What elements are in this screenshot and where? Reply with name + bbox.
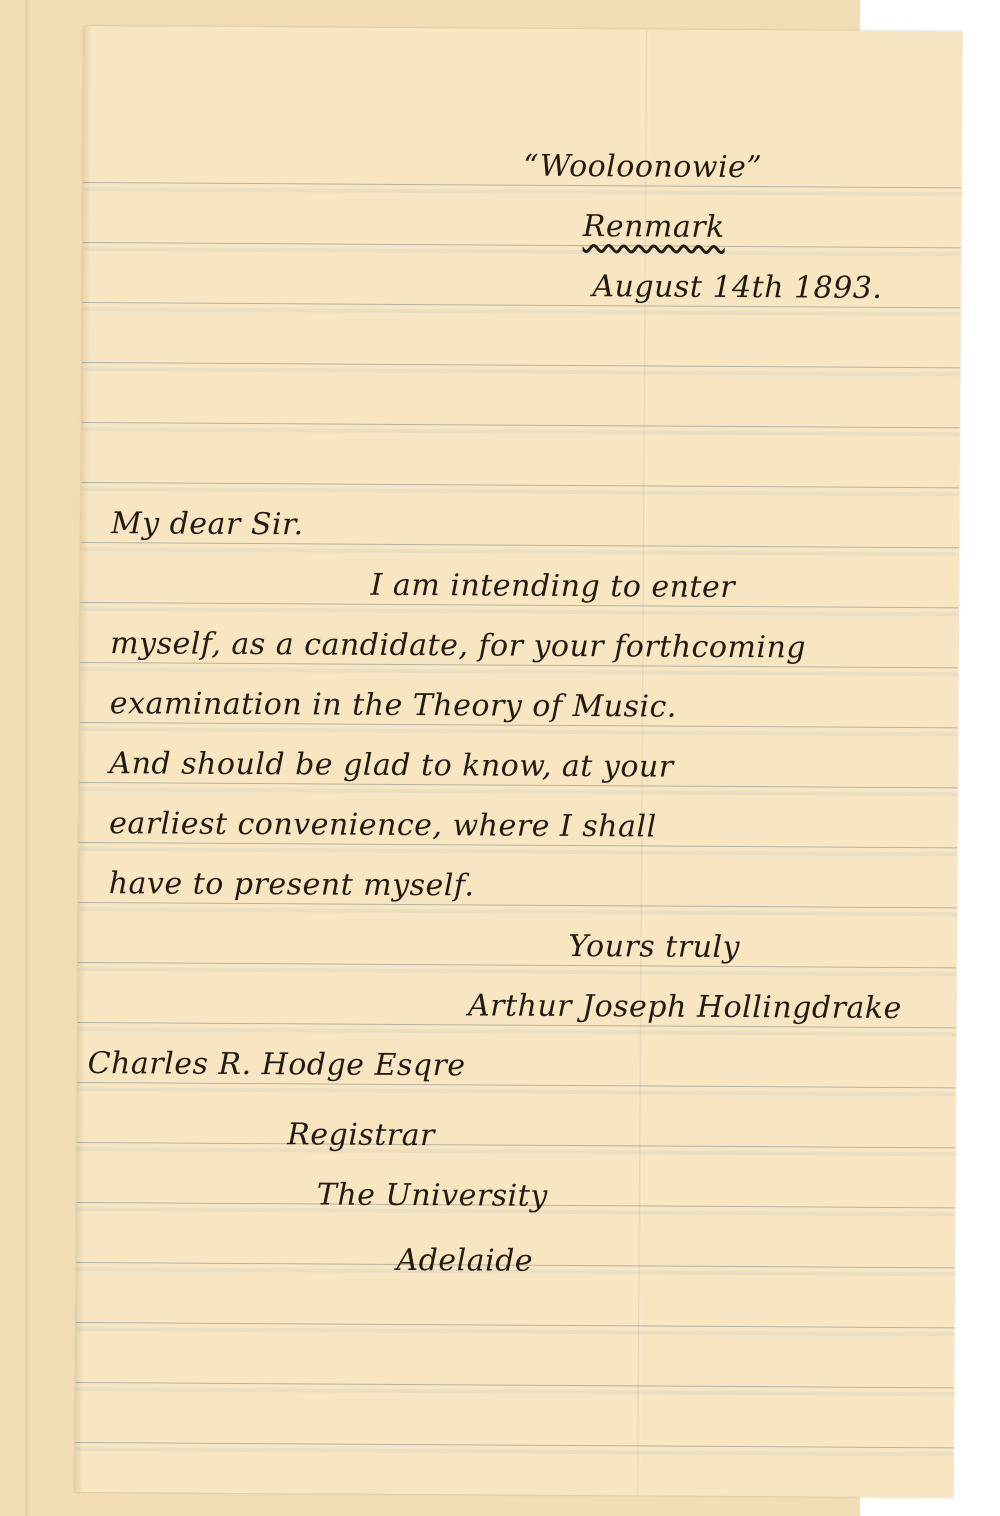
addressee-city: Adelaide bbox=[396, 1243, 533, 1279]
ruled-line bbox=[76, 1382, 954, 1388]
letter-date: August 14th 1893. bbox=[592, 269, 882, 306]
addressee-institution: The University bbox=[317, 1177, 548, 1213]
ruled-line bbox=[77, 1142, 955, 1148]
signature: Arthur Joseph Hollingdrake bbox=[468, 988, 902, 1026]
ruled-line bbox=[75, 1442, 953, 1448]
body-line: have to present myself. bbox=[109, 866, 475, 903]
ruled-line bbox=[82, 422, 960, 428]
letter-page: “Wooloonowie” Renmark August 14th 1893. … bbox=[75, 26, 962, 1497]
ruled-line bbox=[81, 542, 959, 548]
place-name: Renmark bbox=[583, 209, 725, 245]
ruled-line bbox=[83, 182, 961, 188]
ruled-line bbox=[82, 362, 960, 368]
ruled-line bbox=[83, 242, 961, 248]
body-line: And should be glad to know, at your bbox=[109, 746, 673, 784]
addressee-title: Registrar bbox=[287, 1117, 435, 1153]
ruled-line bbox=[76, 1322, 954, 1328]
ruled-line bbox=[79, 902, 957, 908]
body-line: earliest convenience, where I shall bbox=[109, 806, 657, 844]
ruled-line bbox=[81, 482, 959, 488]
house-name: “Wooloonowie” bbox=[523, 149, 762, 185]
body-line: I am intending to enter bbox=[370, 568, 735, 605]
body-line: examination in the Theory of Music. bbox=[110, 686, 677, 724]
backing-paper-edge bbox=[25, 0, 28, 1516]
ruled-line bbox=[78, 962, 956, 968]
body-line: myself, as a candidate, for your forthco… bbox=[110, 626, 806, 665]
ruled-line bbox=[78, 1082, 956, 1088]
closing: Yours truly bbox=[568, 929, 740, 965]
salutation: My dear Sir. bbox=[111, 506, 304, 542]
addressee-name: Charles R. Hodge Esqre bbox=[88, 1046, 466, 1083]
